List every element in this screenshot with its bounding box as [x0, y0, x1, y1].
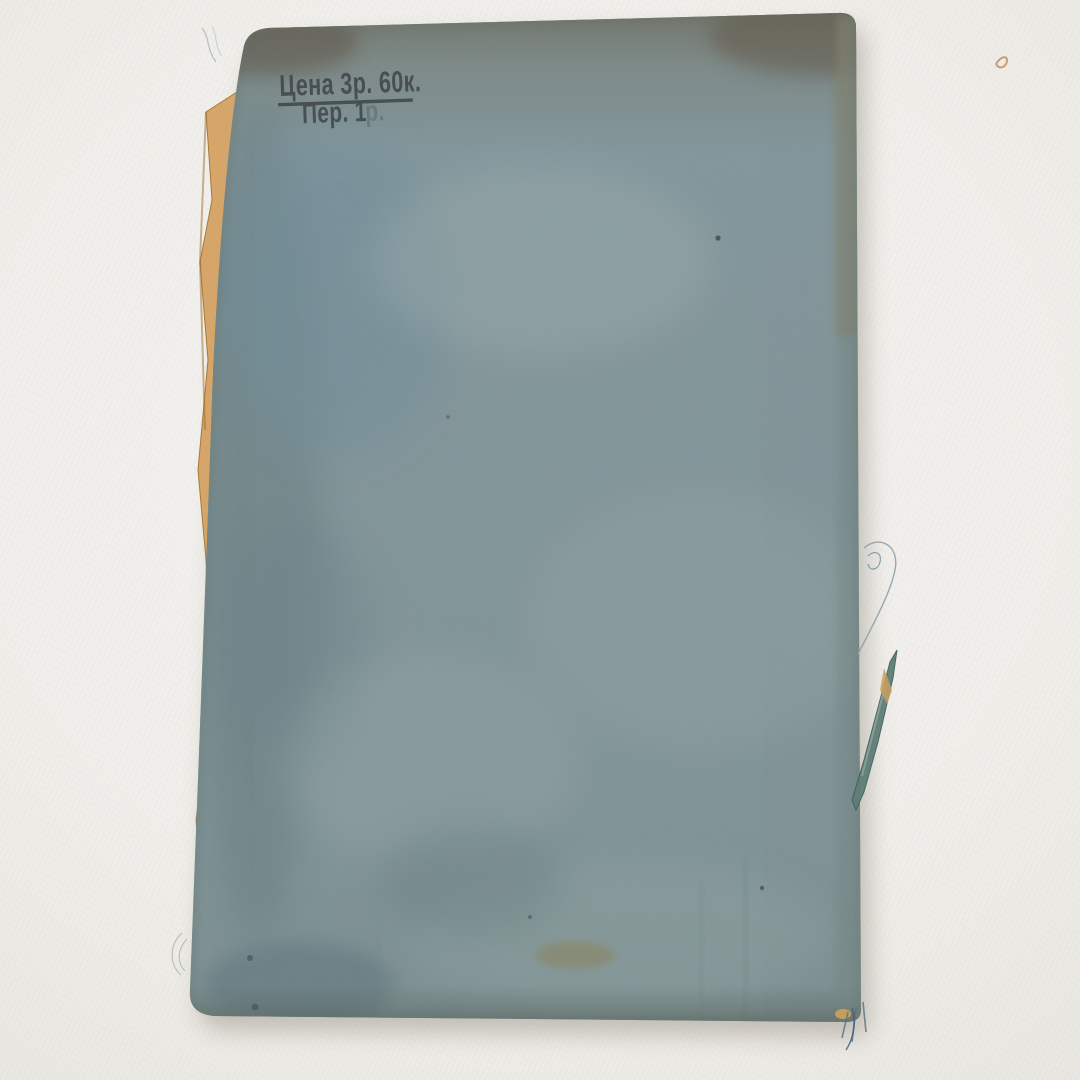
- photograph: Цена 3р. 60к. Пер. 1 р.: [0, 0, 1080, 1080]
- thread-strand: [179, 939, 187, 971]
- wisp-fibre: [202, 28, 216, 62]
- price-stamp-line-2: Пер. 1: [301, 96, 367, 130]
- corner-paper-bit: [835, 1009, 851, 1019]
- background-debris-fleck: [996, 57, 1007, 67]
- thread-strand: [172, 933, 182, 975]
- cover-surface-details: Цена 3р. 60к. Пер. 1 р.: [178, 0, 930, 1030]
- book-back-cover: Цена 3р. 60к. Пер. 1 р.: [0, 0, 1080, 1080]
- wisp-fibre: [212, 27, 222, 56]
- corner-wisps-top-left: [202, 27, 222, 62]
- fabric-grain-light: [180, 5, 870, 1030]
- loose-thread-knot: [868, 553, 880, 569]
- price-stamp-line-2-faded: р.: [365, 95, 385, 128]
- loose-threads-bottom-left: [172, 933, 187, 975]
